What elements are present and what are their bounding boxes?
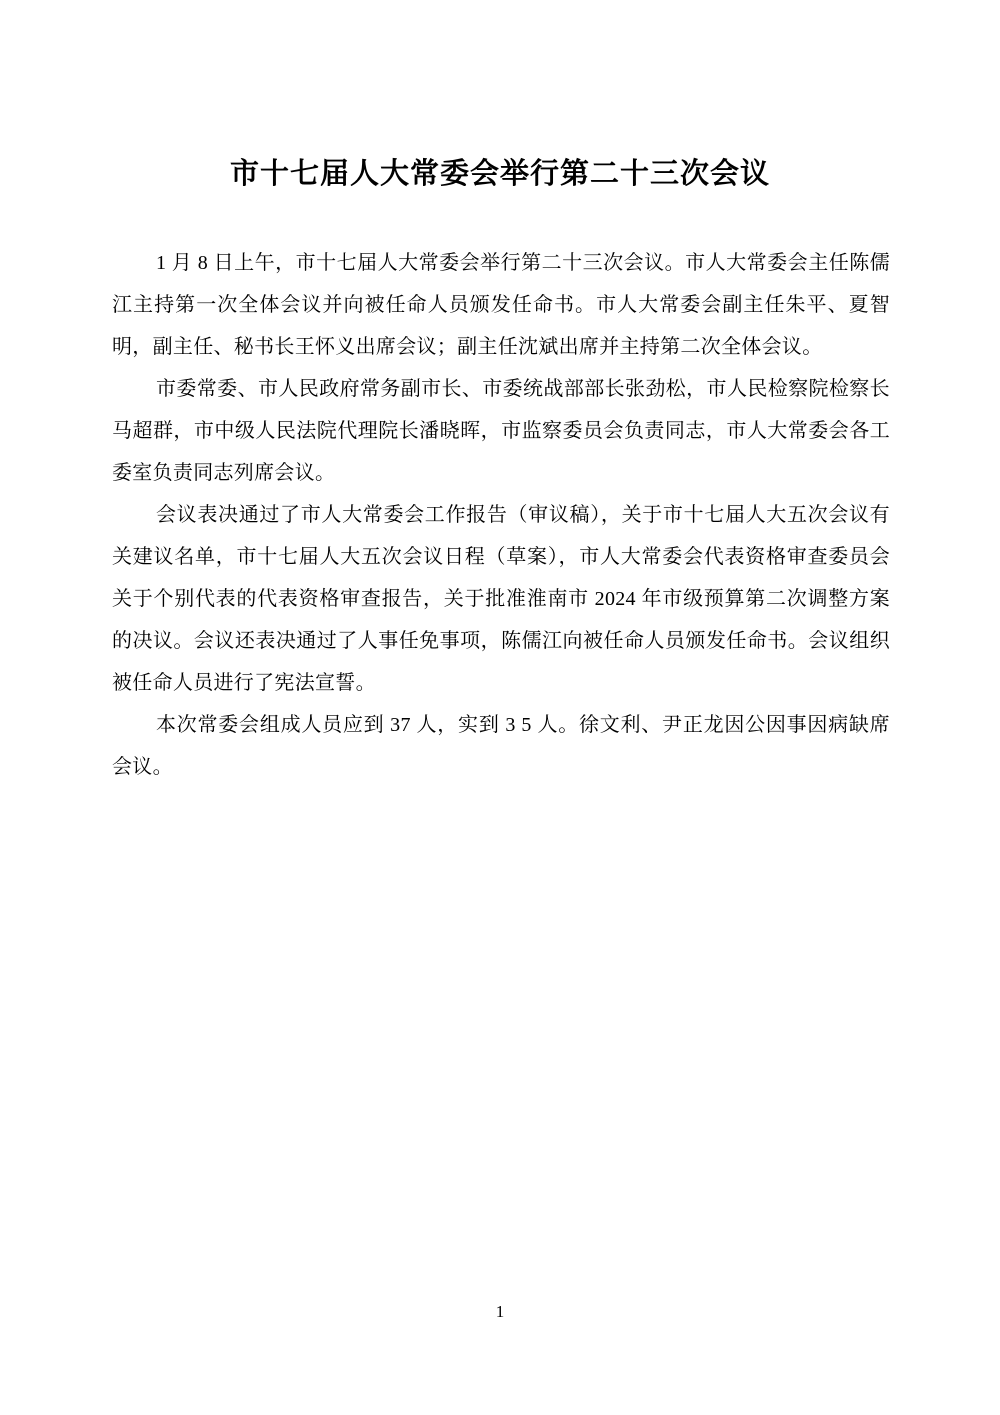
document-page: 市十七届人大常委会举行第二十三次会议 1 月 8 日上午，市十七届人大常委会举行… (0, 0, 1000, 1415)
paragraph-attendance-count: 本次常委会组成人员应到 37 人，实到 3 5 人。徐文利、尹正龙因公因事因病缺… (112, 704, 890, 788)
paragraph-meeting-opening: 1 月 8 日上午，市十七届人大常委会举行第二十三次会议。市人大常委会主任陈儒江… (112, 242, 890, 368)
document-body: 1 月 8 日上午，市十七届人大常委会举行第二十三次会议。市人大常委会主任陈儒江… (112, 242, 890, 788)
paragraph-resolutions: 会议表决通过了市人大常委会工作报告（审议稿），关于市十七届人大五次会议有关建议名… (112, 494, 890, 704)
paragraph-attendees: 市委常委、市人民政府常务副市长、市委统战部部长张劲松，市人民检察院检察长马超群，… (112, 368, 890, 494)
document-title: 市十七届人大常委会举行第二十三次会议 (0, 152, 1000, 196)
page-number: 1 (0, 1301, 1000, 1323)
